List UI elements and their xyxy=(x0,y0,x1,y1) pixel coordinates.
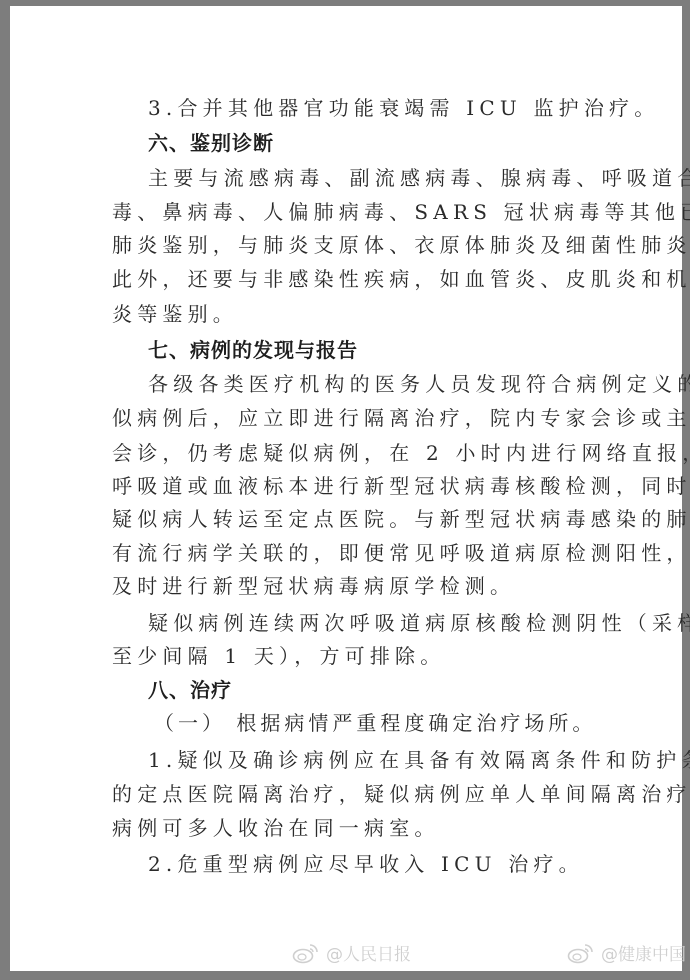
text-line: 至少间隔 1 天），方可排除。 xyxy=(112,644,592,668)
text-line: 主要与流感病毒、副流感病毒、腺病毒、呼吸道合胞病 xyxy=(148,166,628,190)
text-line: 疑似病人转运至定点医院。与新型冠状病毒感染的肺炎患者 xyxy=(112,507,592,531)
text-line: 会诊，仍考虑疑似病例，在 2 小时内进行网络直报，并采集 xyxy=(112,441,592,465)
watermark-jiankang-zhongguo: @健康中国 xyxy=(567,940,686,965)
text-line: 病例可多人收治在同一病室。 xyxy=(112,816,592,840)
text-line: 疑似病例连续两次呼吸道病原核酸检测阴性（采样时间 xyxy=(148,611,628,635)
text-line: 呼吸道或血液标本进行新型冠状病毒核酸检测，同时尽快将 xyxy=(112,474,592,498)
text-line: 1.疑似及确诊病例应在具备有效隔离条件和防护条件 xyxy=(148,748,628,772)
section-heading: 七、病例的发现与报告 xyxy=(148,338,628,362)
text-line: 炎等鉴别。 xyxy=(112,302,592,326)
subsection-heading: （一） 根据病情严重程度确定治疗场所。 xyxy=(154,711,634,735)
watermark-text: @健康中国 xyxy=(601,940,686,965)
text-line: 毒、鼻病毒、人偏肺病毒、SARS 冠状病毒等其他已知病毒性 xyxy=(112,200,592,224)
text-line: 此外，还要与非感染性疾病，如血管炎、皮肌炎和机化性肺 xyxy=(112,267,592,291)
text-line: 肺炎鉴别，与肺炎支原体、衣原体肺炎及细菌性肺炎等鉴别。 xyxy=(112,233,592,257)
text-line: 2.危重型病例应尽早收入 ICU 治疗。 xyxy=(148,852,628,876)
text-line: 似病例后，应立即进行隔离治疗，院内专家会诊或主诊医师 xyxy=(112,406,592,430)
section-heading: 六、鉴别诊断 xyxy=(148,131,628,155)
text-line: 及时进行新型冠状病毒病原学检测。 xyxy=(112,574,592,598)
watermark-renmin-ribao: @人民日报 xyxy=(292,940,411,965)
weibo-icon xyxy=(567,942,595,964)
text-line: 3.合并其他器官功能衰竭需 ICU 监护治疗。 xyxy=(148,96,628,120)
section-heading: 八、治疗 xyxy=(148,678,628,702)
watermark-text: @人民日报 xyxy=(326,940,411,965)
weibo-icon xyxy=(292,942,320,964)
text-line: 的定点医院隔离治疗，疑似病例应单人单间隔离治疗，确诊 xyxy=(112,782,592,806)
text-line: 有流行病学关联的，即便常见呼吸道病原检测阳性，也建议 xyxy=(112,541,592,565)
text-line: 各级各类医疗机构的医务人员发现符合病例定义的疑 xyxy=(148,372,628,396)
document-page: 3.合并其他器官功能衰竭需 ICU 监护治疗。 六、鉴别诊断 主要与流感病毒、副… xyxy=(10,6,682,971)
